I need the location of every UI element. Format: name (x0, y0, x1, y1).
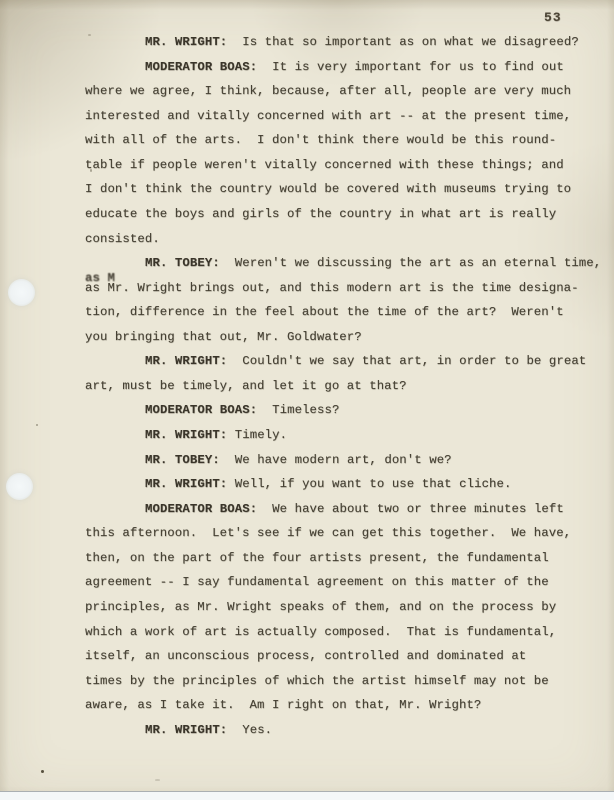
line-text: itself, an unconscious process, controll… (85, 649, 526, 663)
line-text: Timeless? (257, 403, 339, 417)
speaker-label: MR. WRIGHT: (145, 477, 227, 491)
transcript-line: table if people weren't vitally concerne… (85, 153, 600, 178)
line-text: where we agree, I think, because, after … (85, 84, 571, 98)
line-text: Weren't we discussing the art as an eter… (220, 256, 601, 270)
transcript-line: you bringing that out, Mr. Goldwater? (85, 325, 600, 350)
speaker-label: MR. WRIGHT: (145, 428, 227, 442)
transcript-line: art, must be timely, and let it go at th… (85, 374, 600, 399)
line-text: tion, difference in the feel about the t… (85, 305, 564, 319)
line-text: principles, as Mr. Wright speaks of them… (85, 600, 556, 614)
speaker-label: MR. WRIGHT: (145, 354, 227, 368)
transcript-line: with all of the arts. I don't think ther… (85, 128, 600, 153)
transcript-line: MR. WRIGHT: Is that so important as on w… (85, 30, 600, 55)
paper-speck (88, 34, 91, 36)
transcript-line: which a work of art is actually composed… (85, 620, 600, 645)
speaker-label: MODERATOR BOAS: (145, 60, 257, 74)
punch-hole-top (8, 279, 35, 306)
transcript-line: tion, difference in the feel about the t… (85, 300, 600, 325)
line-text: then, on the part of the four artists pr… (85, 551, 549, 565)
line-text: aware, as I take it. Am I right on that,… (85, 698, 481, 712)
speaker-label: MODERATOR BOAS: (145, 502, 257, 516)
line-text: consisted. (85, 232, 160, 246)
line-text: table if people weren't vitally concerne… (85, 158, 564, 172)
scan-edge-strip (0, 791, 614, 800)
transcript-line: educate the boys and girls of the countr… (85, 202, 600, 227)
transcript-line: MR. WRIGHT: Yes. (85, 718, 600, 743)
transcript-line: where we agree, I think, because, after … (85, 79, 600, 104)
line-text: Is that so important as on what we disag… (227, 35, 579, 49)
transcript-line: MODERATOR BOAS: We have about two or thr… (85, 497, 600, 522)
transcript-line: interested and vitally concerned with ar… (85, 104, 600, 129)
transcript-line: this afternoon. Let's see if we can get … (85, 521, 600, 546)
line-text: agreement -- I say fundamental agreement… (85, 575, 549, 589)
transcript-line: MR. TOBEY: Weren't we discussing the art… (85, 251, 600, 276)
line-text: times by the principles of which the art… (85, 674, 549, 688)
paper-speck (155, 779, 160, 781)
paper-speck (41, 770, 44, 773)
transcript-line: aware, as I take it. Am I right on that,… (85, 693, 600, 718)
transcript-line: MR. WRIGHT: Well, if you want to use tha… (85, 472, 600, 497)
transcript-line: agreement -- I say fundamental agreement… (85, 570, 600, 595)
line-text: Timely. (227, 428, 287, 442)
punch-hole-bottom (6, 473, 33, 500)
paper-speck (90, 169, 92, 172)
line-text: this afternoon. Let's see if we can get … (85, 526, 571, 540)
line-text: educate the boys and girls of the countr… (85, 207, 556, 221)
speaker-label: MR. TOBEY: (145, 256, 220, 270)
transcript-line: MR. WRIGHT: Timely. (85, 423, 600, 448)
line-text: interested and vitally concerned with ar… (85, 109, 571, 123)
speaker-label: MR. WRIGHT: (145, 723, 227, 737)
line-text: Yes. (227, 723, 272, 737)
speaker-label: MR. TOBEY: (145, 453, 220, 467)
line-text: We have modern art, don't we? (220, 453, 452, 467)
transcript-body: MR. WRIGHT: Is that so important as on w… (85, 30, 600, 742)
page-number: 53 (544, 10, 562, 25)
transcript-line: I don't think the country would be cover… (85, 177, 600, 202)
line-text: you bringing that out, Mr. Goldwater? (85, 330, 362, 344)
line-text: which a work of art is actually composed… (85, 625, 556, 639)
line-text: with all of the arts. I don't think ther… (85, 133, 556, 147)
line-text: as Mr. Wright brings out, and this moder… (85, 281, 579, 295)
transcript-line: times by the principles of which the art… (85, 669, 600, 694)
line-text: Well, if you want to use that cliche. (227, 477, 511, 491)
line-text: I don't think the country would be cover… (85, 182, 571, 196)
document-page: 53 MR. WRIGHT: Is that so important as o… (0, 0, 614, 800)
line-text: Couldn't we say that art, in order to be… (227, 354, 586, 368)
transcript-line: as Mas Mr. Wright brings out, and this m… (85, 276, 600, 301)
typed-overstrike: as M (85, 272, 115, 284)
transcript-line: MR. WRIGHT: Couldn't we say that art, in… (85, 349, 600, 374)
line-text: We have about two or three minutes left (257, 502, 564, 516)
line-text: It is very important for us to find out (257, 60, 564, 74)
transcript-line: consisted. (85, 227, 600, 252)
transcript-line: principles, as Mr. Wright speaks of them… (85, 595, 600, 620)
line-text: art, must be timely, and let it go at th… (85, 379, 407, 393)
transcript-line: itself, an unconscious process, controll… (85, 644, 600, 669)
transcript-line: MODERATOR BOAS: Timeless? (85, 398, 600, 423)
transcript-line: MR. TOBEY: We have modern art, don't we? (85, 448, 600, 473)
transcript-line: then, on the part of the four artists pr… (85, 546, 600, 571)
transcript-line: MODERATOR BOAS: It is very important for… (85, 55, 600, 80)
speaker-label: MR. WRIGHT: (145, 35, 227, 49)
paper-speck (36, 424, 38, 426)
speaker-label: MODERATOR BOAS: (145, 403, 257, 417)
